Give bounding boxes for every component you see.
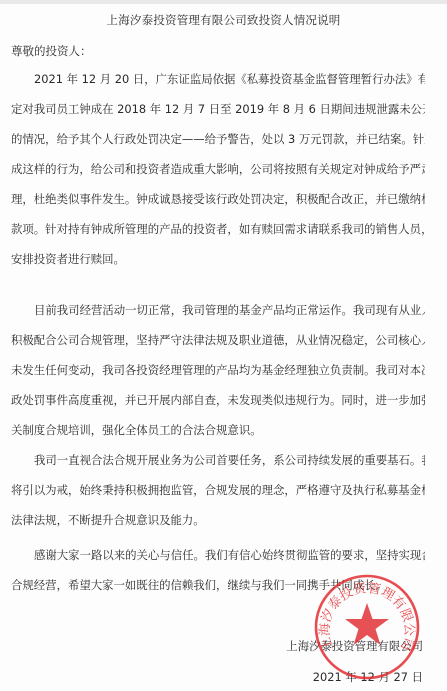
paragraph-line: 目前我司经营活动一切正常，我司管理的基金产品均正常运作。我司现有从业人员	[11, 295, 425, 325]
paragraph-line: 成这样的行为，给公司和投资者造成重大影响，公司将按照有关规定对钟成给予严肃处	[11, 154, 425, 184]
salutation: 尊敬的投资人：	[11, 43, 92, 59]
paragraph-line: 2021 年 12 月 20 日，广东证监局依据《私募投资基金监督管理暂行办法》…	[11, 64, 425, 94]
paragraph-line: 款项。针对持有钟成所管理的产品的投资者，如有赎回需求请联系我司的销售人员，将	[11, 214, 425, 244]
paragraph-line: 我司一直视合法合规开展业务为公司首要任务，系公司持续发展的重要基石。我们	[11, 445, 425, 475]
paragraph-line: 关制度合规培训，强化全体员工的合法合规意识。	[11, 415, 425, 445]
signature-date: 2021 年 12 月 27 日	[313, 669, 423, 685]
paragraph-line: 法律法规，不断提升合规意识及能力。	[11, 505, 425, 535]
paragraph-line: 理，杜绝类似事件发生。钟成诚恳接受该行政处罚决定，积极配合改正，并已缴纳相关	[11, 184, 425, 214]
paragraph-line: 定对我司员工钟成在 2018 年 12 月 7 日至 2019 年 8 月 6 …	[11, 94, 425, 124]
paragraph-line: 合规经营，希望大家一如既往的信赖我们，继续与我们一同携手共同成长。	[11, 570, 425, 600]
paragraph-line: 积极配合公司合规管理，坚持严守法律法规及职业道德，从业情况稳定，公司核心人员	[11, 325, 425, 355]
paragraph-2: 目前我司经营活动一切正常，我司管理的基金产品均正常运作。我司现有从业人员 积极配…	[11, 295, 425, 445]
paragraph-3: 我司一直视合法合规开展业务为公司首要任务，系公司持续发展的重要基石。我们 将引以…	[11, 445, 425, 535]
paragraph-line: 政处罚事件高度重视，并已开展内部自查，未发现类似违规行为。同时，进一步加强相	[11, 385, 425, 415]
paragraph-1: 2021 年 12 月 20 日，广东证监局依据《私募投资基金监督管理暂行办法》…	[11, 64, 425, 274]
paragraph-4: 感谢大家一路以来的关心与信任。我们有信心始终贯彻监管的要求，坚持实现合法 合规经…	[11, 540, 425, 600]
document-page: 上海汐泰投资管理有限公司致投资人情况说明 尊敬的投资人： 2021 年 12 月…	[0, 0, 447, 691]
paragraph-line: 安排投资者进行赎回。	[11, 244, 425, 274]
paragraph-line: 感谢大家一路以来的关心与信任。我们有信心始终贯彻监管的要求，坚持实现合法	[11, 540, 425, 570]
signature-company: 上海汐泰投资管理有限公司	[286, 638, 423, 654]
document-title: 上海汐泰投资管理有限公司致投资人情况说明	[0, 12, 447, 28]
paragraph-line: 的情况，给予其个人行政处罚决定——给予警告，处以 3 万元罚款，并已结案。针对钟	[11, 124, 425, 154]
paragraph-line: 未发生任何变动，我司各投资经理管理的产品均为基金经理独立负责制。我司对本次行	[11, 355, 425, 385]
paragraph-line: 将引以为戒，始终秉持积极拥抱监管，合规发展的理念，严格遵守及执行私募基金相关	[11, 475, 425, 505]
